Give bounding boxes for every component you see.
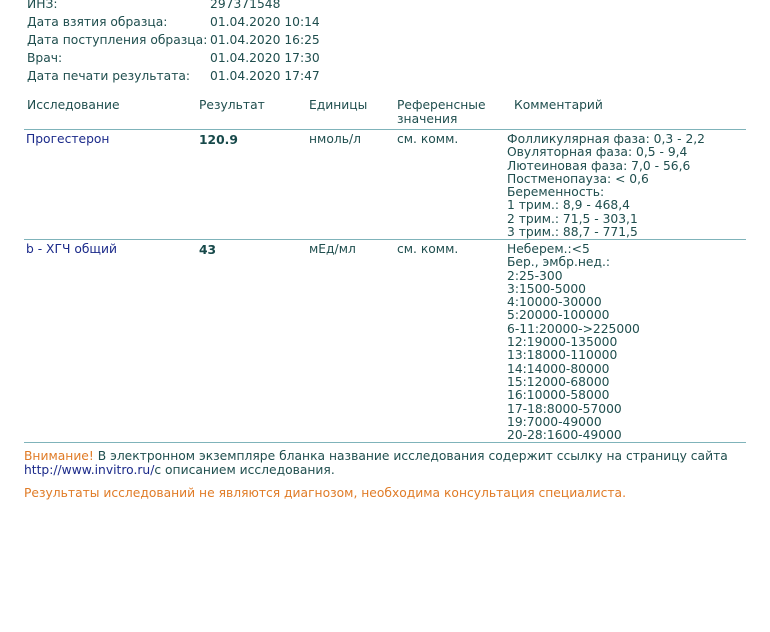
row-divider <box>24 239 746 240</box>
comment-line: Бер., эмбр.нед.: <box>507 256 640 269</box>
header-ref-line2: значения <box>397 113 457 126</box>
comment-line: 2 трим.: 71,5 - 303,1 <box>507 213 705 226</box>
comment-line: 4:10000-30000 <box>507 296 640 309</box>
comment-line: 20-28:1600-49000 <box>507 429 640 442</box>
header-divider <box>24 129 746 130</box>
comment-line: Фолликулярная фаза: 0,3 - 2,2 <box>507 133 705 146</box>
comment: Неберем.:<5Бер., эмбр.нед.:2:25-3003:150… <box>507 243 640 442</box>
table-header: Исследование Результат Единицы Референсн… <box>0 99 770 129</box>
comment-line: 1 трим.: 8,9 - 468,4 <box>507 199 705 212</box>
comment-line: 17-18:8000-57000 <box>507 403 640 416</box>
comment-line: 12:19000-135000 <box>507 336 640 349</box>
meta-label: Дата взятия образца: <box>27 13 167 31</box>
comment-line: 2:25-300 <box>507 270 640 283</box>
comment-line: Постменопауза: < 0,6 <box>507 173 705 186</box>
table-bottom-divider <box>24 442 746 443</box>
reference: см. комм. <box>397 243 458 256</box>
comment-line: 3:1500-5000 <box>507 283 640 296</box>
header-ref-line1: Референсные <box>397 99 486 112</box>
meta-value: 297371548 <box>210 0 280 13</box>
test-name-link[interactable]: Прогестерон <box>26 133 109 146</box>
meta-label: ИНЗ: <box>27 0 57 13</box>
units: мЕд/мл <box>309 243 356 256</box>
comment: Фолликулярная фаза: 0,3 - 2,2Овуляторная… <box>507 133 705 239</box>
link-suffix: с описанием исследования. <box>154 463 334 477</box>
comment-line: 5:20000-100000 <box>507 309 640 322</box>
meta-label: Врач: <box>27 49 62 67</box>
header-test: Исследование <box>27 99 120 112</box>
result-value: 120.9 <box>199 134 238 147</box>
header-result: Результат <box>199 99 265 112</box>
comment-line: Лютеиновая фаза: 7,0 - 56,6 <box>507 160 705 173</box>
comment-line: Овуляторная фаза: 0,5 - 9,4 <box>507 146 705 159</box>
invitro-link[interactable]: http://www.invitro.ru/ <box>24 463 154 477</box>
comment-line: 19:7000-49000 <box>507 416 640 429</box>
meta-value: 01.04.2020 16:25 <box>210 31 320 49</box>
attention-text: В электронном экземпляре бланка название… <box>94 449 728 463</box>
comment-line: 15:12000-68000 <box>507 376 640 389</box>
comment-line: 14:14000-80000 <box>507 363 640 376</box>
test-name-link[interactable]: b - ХГЧ общий <box>26 243 117 256</box>
meta-value: 01.04.2020 17:30 <box>210 49 320 67</box>
meta-value: 01.04.2020 10:14 <box>210 13 320 31</box>
comment-line: 16:10000-58000 <box>507 389 640 402</box>
meta-label: Дата печати результата: <box>27 67 190 85</box>
reference: см. комм. <box>397 133 458 146</box>
disclaimer: Результаты исследований не являются диаг… <box>24 487 626 501</box>
units: нмоль/л <box>309 133 361 146</box>
comment-line: Неберем.:<5 <box>507 243 640 256</box>
result-value: 43 <box>199 244 216 257</box>
comment-line: Беременность: <box>507 186 705 199</box>
comment-line: 13:18000-110000 <box>507 349 640 362</box>
header-comment: Комментарий <box>514 99 603 112</box>
meta-label: Дата поступления образца: <box>27 31 207 49</box>
meta-value: 01.04.2020 17:47 <box>210 67 320 85</box>
attention-note: Внимание! В электронном экземпляре бланк… <box>24 450 728 477</box>
comment-line: 6-11:20000->225000 <box>507 323 640 336</box>
header-units: Единицы <box>309 99 367 112</box>
attention-label: Внимание! <box>24 449 94 463</box>
comment-line: 3 трим.: 88,7 - 771,5 <box>507 226 705 239</box>
